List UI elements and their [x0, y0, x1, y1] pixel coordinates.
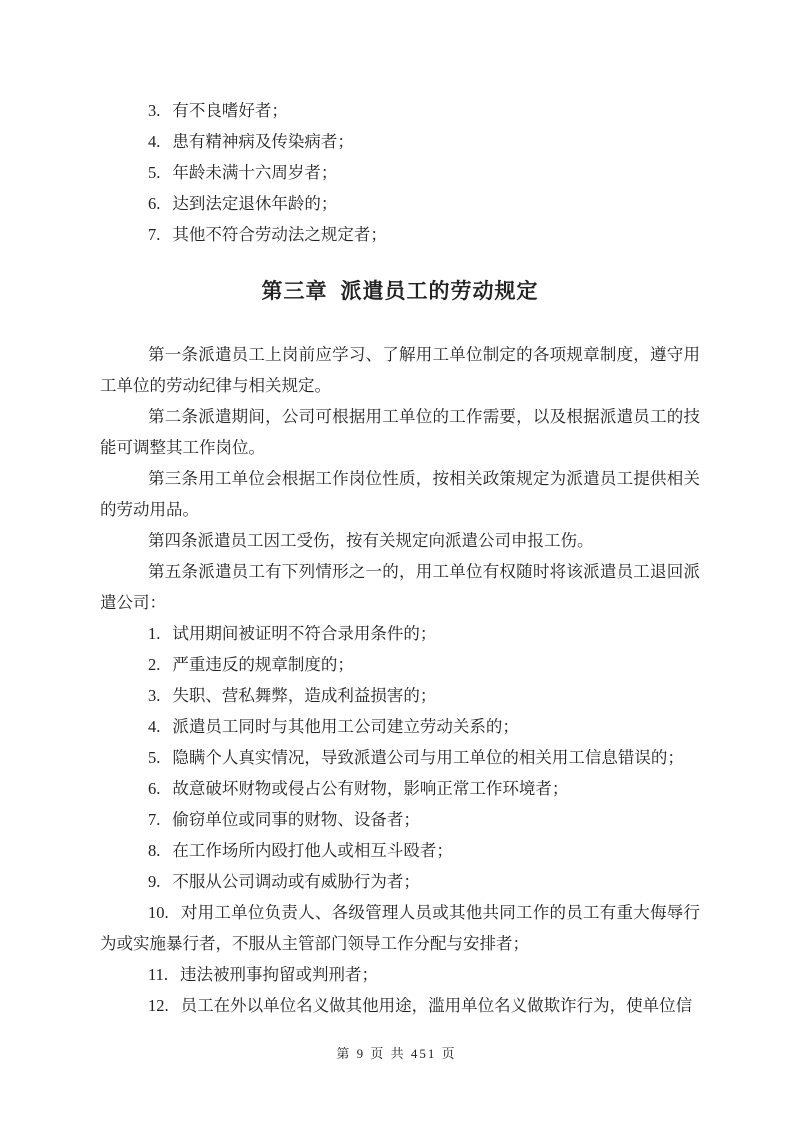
list-item: 7.其他不符合劳动法之规定者； — [100, 219, 700, 250]
list-item-number: 2. — [148, 655, 160, 674]
list-item: 5.年龄未满十六周岁者； — [100, 157, 700, 188]
list-item-number: 8. — [148, 841, 160, 860]
list-item: 6.故意破坏财物或侵占公有财物，影响正常工作环境者； — [100, 773, 700, 804]
list-item: 9.不服从公司调动或有威胁行为者； — [100, 866, 700, 897]
list-item-number: 11. — [148, 965, 168, 984]
list-item-text: 年龄未满十六周岁者； — [172, 163, 337, 182]
list-item: 3.失职、营私舞弊，造成利益损害的； — [100, 680, 700, 711]
document-page: 3.有不良嗜好者； 4.患有精神病及传染病者； 5.年龄未满十六周岁者； 6.达… — [0, 0, 793, 1122]
list-item-text: 违法被刑事拘留或判刑者； — [180, 965, 378, 984]
list-item: 3.有不良嗜好者； — [100, 95, 700, 126]
list-item-text: 其他不符合劳动法之规定者； — [172, 225, 387, 244]
list-item-text: 员工在外以单位名义做其他用途，滥用单位名义做欺诈行为，使单位信 — [181, 996, 693, 1015]
list-item-number: 4. — [148, 717, 160, 736]
article-paragraph: 第三条用工单位会根据工作岗位性质，按相关政策规定为派遣员工提供相关的劳动用品。 — [100, 463, 700, 525]
list-item-text: 在工作场所内殴打他人或相互斗殴者； — [172, 841, 453, 860]
list-item-number: 3. — [148, 101, 160, 120]
list-item: 11.违法被刑事拘留或判刑者； — [100, 959, 700, 990]
list-item-number: 10. — [148, 903, 169, 922]
list-item-text: 严重违反的规章制度的； — [172, 655, 354, 674]
article-paragraph: 第四条派遣员工因工受伤，按有关规定向派遣公司申报工伤。 — [100, 525, 700, 556]
list-item-number: 12. — [148, 996, 169, 1015]
list-item: 6.达到法定退休年龄的； — [100, 188, 700, 219]
list-item-number: 6. — [148, 194, 160, 213]
list-item-text: 偷窃单位或同事的财物、设备者； — [172, 810, 420, 829]
list-item-number: 5. — [148, 163, 160, 182]
list-item-text: 试用期间被证明不符合录用条件的； — [172, 624, 436, 643]
list-item: 12.员工在外以单位名义做其他用途，滥用单位名义做欺诈行为，使单位信 — [100, 990, 700, 1021]
list-item-number: 6. — [148, 779, 160, 798]
list-item-text: 失职、营私舞弊，造成利益损害的； — [172, 686, 436, 705]
chapter-number: 第三章 — [262, 279, 328, 303]
list-item-text: 有不良嗜好者； — [172, 101, 288, 120]
list-item-text: 患有精神病及传染病者； — [172, 132, 354, 151]
chapter-heading: 第三章派遣员工的劳动规定 — [100, 278, 700, 304]
list-item-number: 1. — [148, 624, 160, 643]
page-number-footer: 第 9 页 共 451 页 — [0, 1043, 793, 1062]
article-paragraph: 第二条派遣期间，公司可根据用工单位的工作需要，以及根据派遣员工的技能可调整其工作… — [100, 401, 700, 463]
list-item-text: 达到法定退休年龄的； — [172, 194, 337, 213]
list-item: 8.在工作场所内殴打他人或相互斗殴者； — [100, 835, 700, 866]
list-item-text: 派遣员工同时与其他用工公司建立劳动关系的； — [172, 717, 519, 736]
chapter-title: 派遣员工的劳动规定 — [341, 279, 539, 303]
list-item-text: 隐瞒个人真实情况，导致派遣公司与用工单位的相关用工信息错误的； — [172, 748, 684, 767]
list-item-number: 3. — [148, 686, 160, 705]
list-item-number: 9. — [148, 872, 160, 891]
article-paragraph: 第五条派遣员工有下列情形之一的，用工单位有权随时将该派遣员工退回派遣公司： — [100, 556, 700, 618]
list-item-number: 4. — [148, 132, 160, 151]
list-item: 7.偷窃单位或同事的财物、设备者； — [100, 804, 700, 835]
list-item-text: 故意破坏财物或侵占公有财物，影响正常工作环境者； — [172, 779, 568, 798]
article-paragraph: 第一条派遣员工上岗前应学习、了解用工单位制定的各项规章制度，遵守用工单位的劳动纪… — [100, 339, 700, 401]
list-item: 10.对用工单位负责人、各级管理人员或其他共同工作的员工有重大侮辱行为或实施暴行… — [100, 897, 700, 959]
list-item: 1.试用期间被证明不符合录用条件的； — [100, 618, 700, 649]
list-item-number: 5. — [148, 748, 160, 767]
list-item-text: 对用工单位负责人、各级管理人员或其他共同工作的员工有重大侮辱行为或实施暴行者，不… — [100, 903, 700, 953]
list-item: 4.派遣员工同时与其他用工公司建立劳动关系的； — [100, 711, 700, 742]
list-item: 4.患有精神病及传染病者； — [100, 126, 700, 157]
list-item-number: 7. — [148, 225, 160, 244]
document-content: 3.有不良嗜好者； 4.患有精神病及传染病者； 5.年龄未满十六周岁者； 6.达… — [100, 95, 700, 1021]
list-item: 5.隐瞒个人真实情况，导致派遣公司与用工单位的相关用工信息错误的； — [100, 742, 700, 773]
list-item-text: 不服从公司调动或有威胁行为者； — [172, 872, 420, 891]
list-item-number: 7. — [148, 810, 160, 829]
list-item: 2.严重违反的规章制度的； — [100, 649, 700, 680]
